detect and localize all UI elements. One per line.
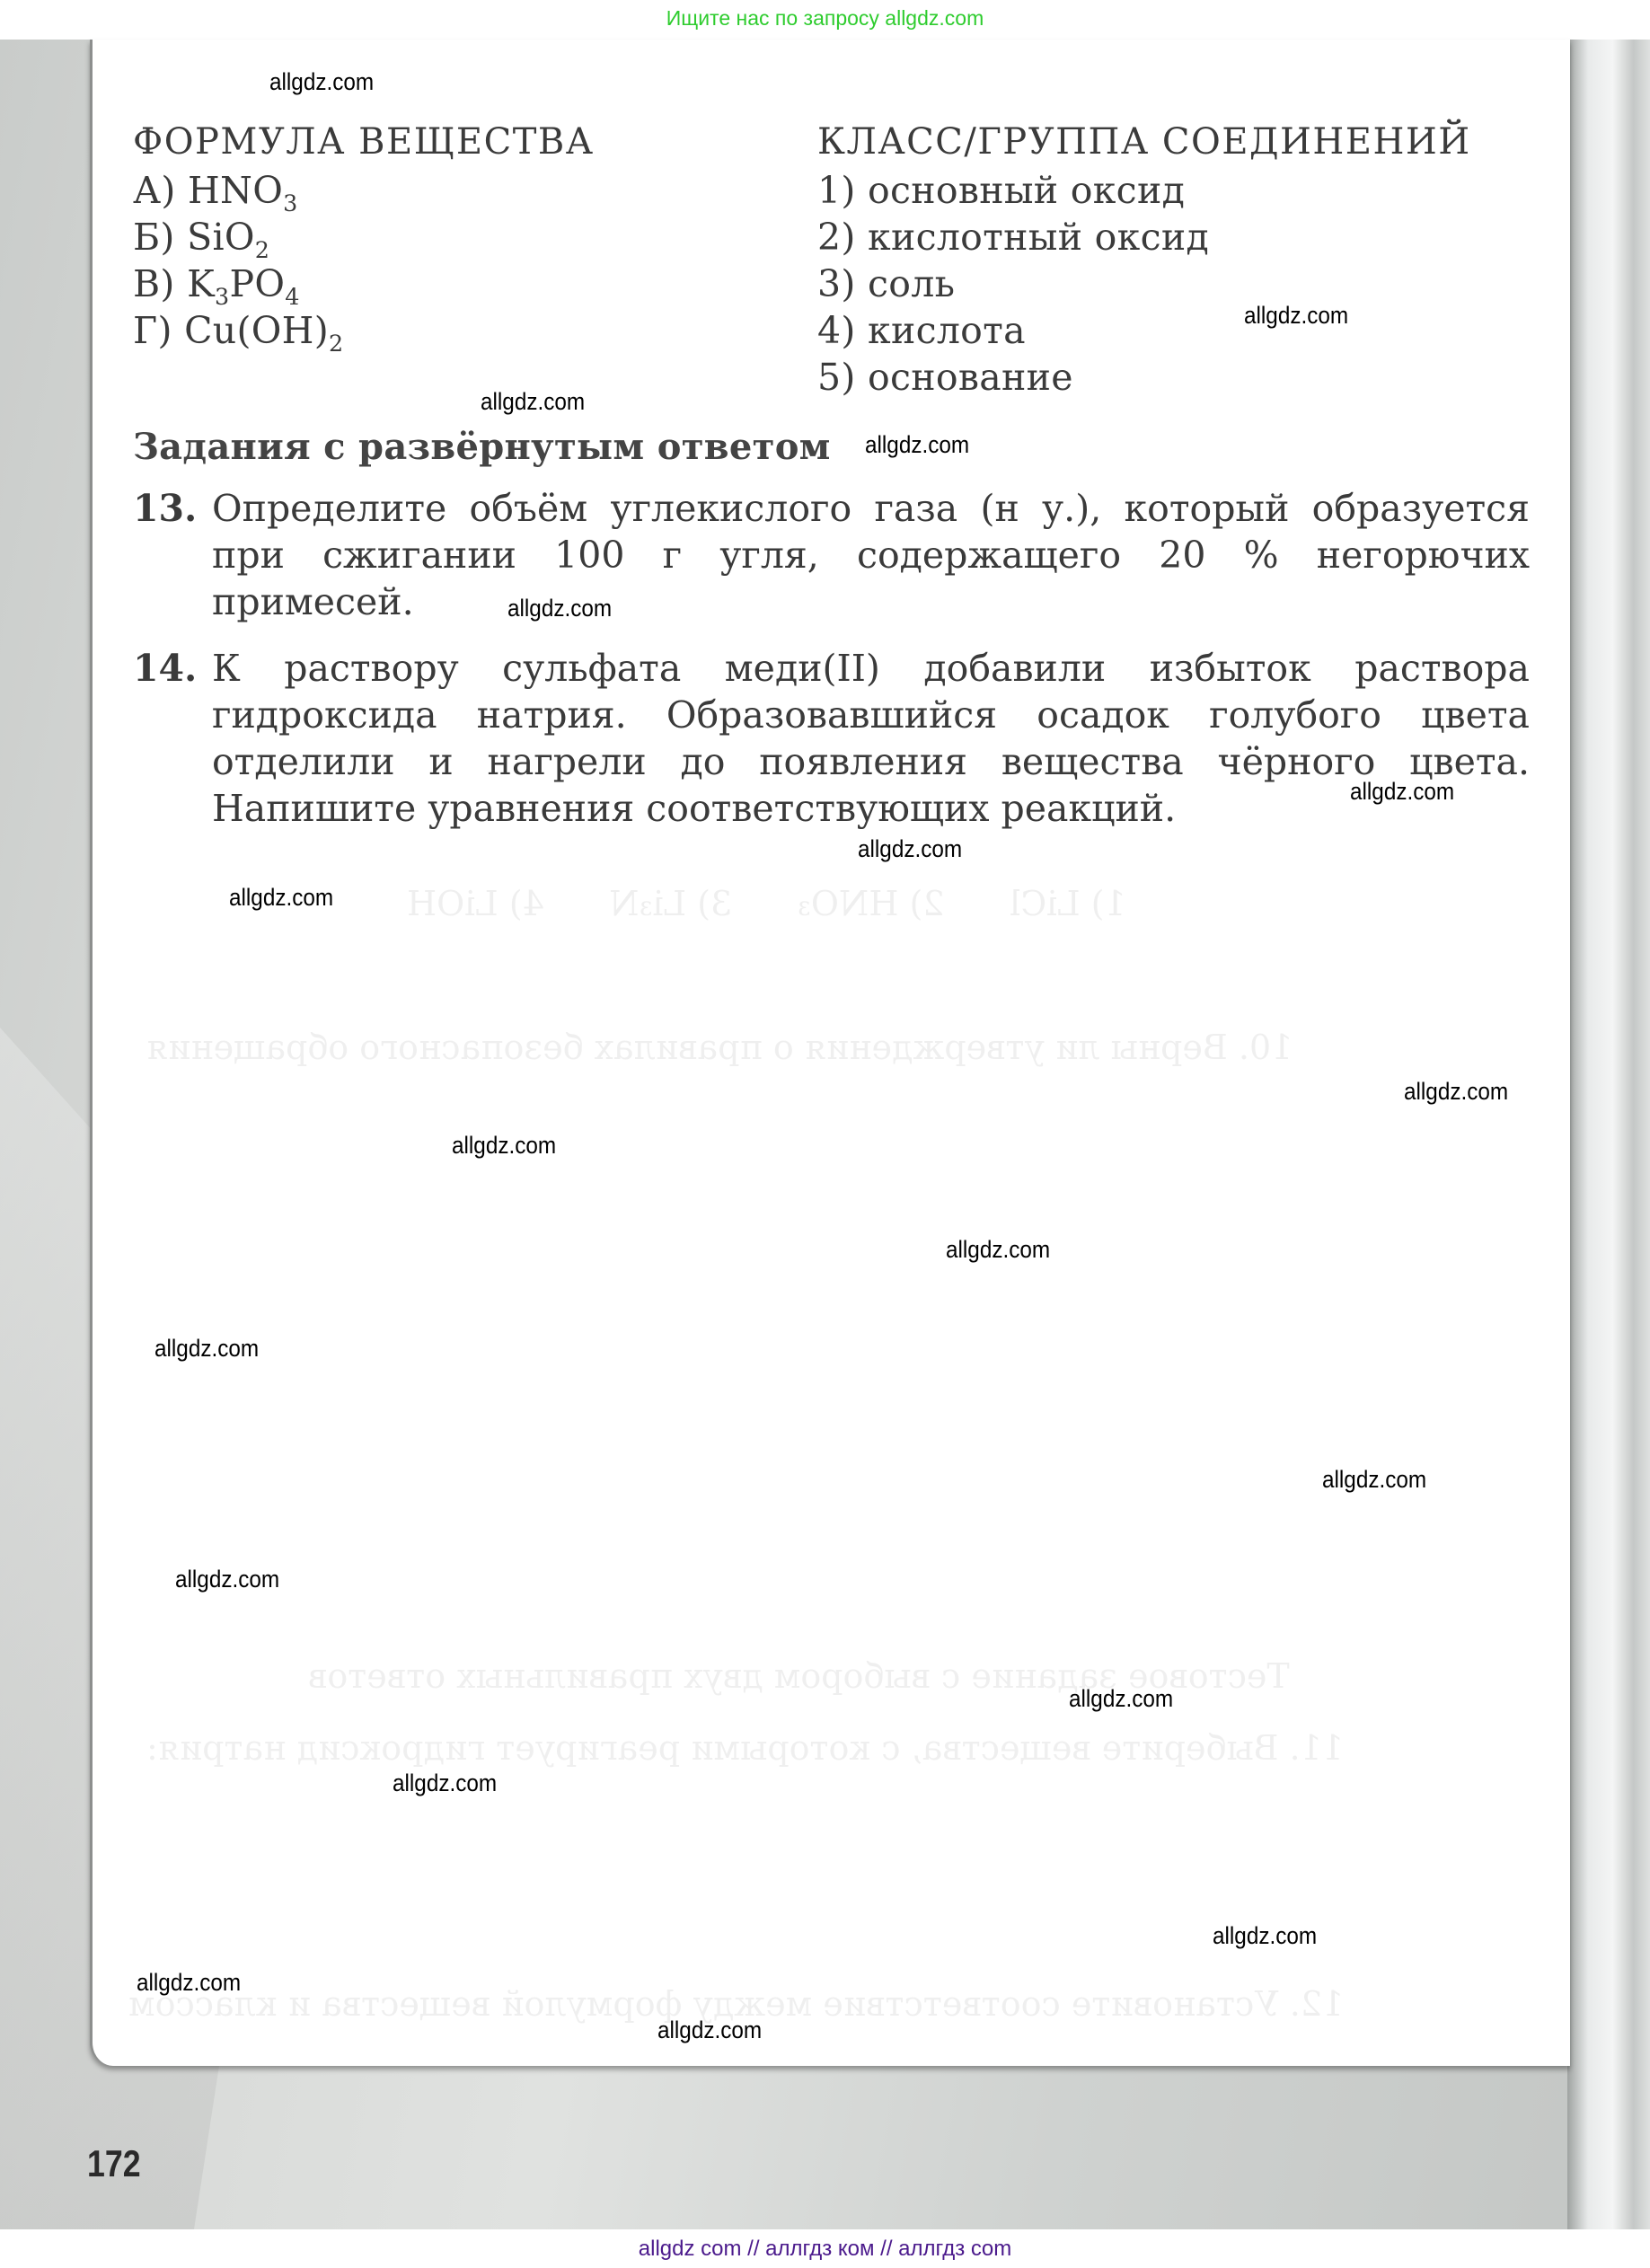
task-number: 13. [133,485,212,532]
formula-subscript: 4 [285,283,299,310]
watermark: allgdz.com [507,595,612,622]
formula-letter: Б) [133,216,175,259]
section-title: Задания с развёрнутым ответом [133,426,831,468]
formula-item: А) HNO3 [133,169,298,212]
formula-subscript: 3 [215,283,229,310]
watermark: allgdz.com [481,388,585,416]
watermark: allgdz.com [1213,1922,1317,1950]
page-number: 172 [87,2142,141,2185]
watermark: allgdz.com [269,68,374,96]
formula-subscript: 3 [283,190,297,216]
formula-item: В) K3PO4 [133,262,300,305]
formula-letter: В) [133,262,175,305]
formula-subscript: 2 [329,330,343,357]
watermark: allgdz.com [175,1566,279,1593]
formula-column-header: ФОРМУЛА ВЕЩЕСТВА [133,121,595,163]
watermark: allgdz.com [657,2016,762,2044]
watermark: allgdz.com [1244,302,1348,330]
formula-text: SiO [187,216,255,259]
bottom-footer: allgdz com // аллгдз ком // аллгдз com [0,2229,1650,2268]
task-text: К раствору сульфата меди(II) добавили из… [212,645,1530,832]
formula-letter: А) [133,169,176,212]
formula-subscript: 2 [255,236,269,263]
watermark: allgdz.com [858,835,962,863]
watermark: allgdz.com [229,884,333,912]
formula-text: K [187,262,215,305]
class-item: 3) соль [817,262,955,305]
formula-text: PO [229,262,285,305]
class-item: 4) кислота [817,309,1026,352]
task-14: 14. К раствору сульфата меди(II) добавил… [133,645,1530,832]
formula-letter: Г) [133,309,172,352]
formula-text: Cu(OH) [184,309,329,352]
class-item: 2) кислотный оксид [817,216,1209,259]
watermark: allgdz.com [154,1335,259,1363]
page-content: ФОРМУЛА ВЕЩЕСТВА КЛАСС/ГРУППА СОЕДИНЕНИЙ… [0,0,1650,2268]
formula-item: Г) Cu(OH)2 [133,309,344,352]
class-column-header: КЛАСС/ГРУППА СОЕДИНЕНИЙ [817,121,1471,163]
watermark: allgdz.com [865,431,969,459]
watermark: allgdz.com [946,1236,1050,1264]
watermark: allgdz.com [1404,1078,1508,1106]
task-text: Определите объём углекислого газа (н у.)… [212,485,1530,625]
watermark: allgdz.com [1350,778,1454,806]
watermark: allgdz.com [137,1969,241,1997]
watermark: allgdz.com [393,1769,497,1797]
watermark: allgdz.com [1322,1466,1426,1494]
task-13: 13. Определите объём углекислого газа (н… [133,485,1530,625]
watermark: allgdz.com [452,1132,556,1160]
task-number: 14. [133,645,212,692]
class-item: 1) основный оксид [817,169,1185,212]
class-item: 5) основание [817,356,1073,399]
formula-text: HNO [188,169,283,212]
watermark: allgdz.com [1069,1685,1173,1713]
formula-item: Б) SiO2 [133,216,269,259]
